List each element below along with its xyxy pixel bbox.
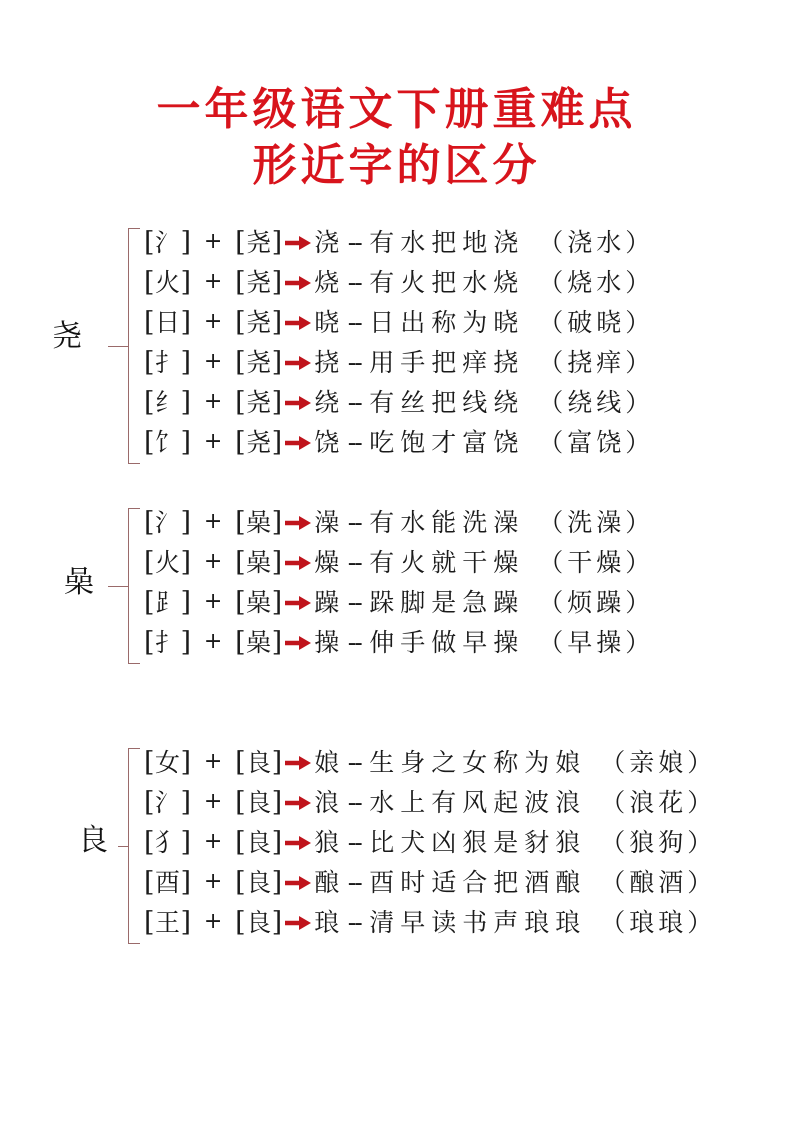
base-component: 良 [246, 910, 272, 935]
example-word: （狼狗） [600, 830, 716, 855]
arrow-right-icon [284, 833, 312, 853]
bracket-right: ] [272, 789, 283, 816]
bracket-right: ] [272, 829, 283, 856]
dash: -- [339, 830, 369, 855]
result-character: 澡 [314, 510, 339, 535]
dash: -- [339, 350, 369, 375]
arrow-right-icon [284, 753, 312, 773]
character-row: [犭]+[良]狼--比犬凶狠是豺狼（狼狗） [144, 822, 716, 862]
example-word: （早操） [538, 630, 654, 655]
bracket-right: ] [272, 269, 283, 296]
radical: 犭 [155, 830, 181, 855]
dash: -- [339, 510, 369, 535]
bracket-right: ] [272, 589, 283, 616]
bracket-right: ] [181, 349, 192, 376]
mnemonic-phrase: 吃饱才富饶 [369, 430, 524, 455]
bracket-right: ] [272, 509, 283, 536]
result-character: 娘 [314, 750, 339, 775]
bracket-right: ] [181, 589, 192, 616]
bracket-left: [ [144, 629, 155, 656]
bracket-left: [ [235, 429, 246, 456]
plus-sign: + [191, 591, 235, 613]
mnemonic-phrase: 有火就干燥 [369, 550, 524, 575]
radical: ⻊ [155, 590, 181, 615]
mnemonic-phrase: 生身之女称为娘 [369, 750, 586, 775]
bracket-left: [ [235, 869, 246, 896]
arrow-right-icon [284, 313, 312, 333]
bracket-right: ] [272, 229, 283, 256]
arrow-right-icon [284, 353, 312, 373]
mnemonic-phrase: 有丝把线绕 [369, 390, 524, 415]
bracket-right: ] [181, 909, 192, 936]
dash: -- [339, 870, 369, 895]
dash: -- [339, 750, 369, 775]
curly-brace [128, 228, 129, 464]
bracket-left: [ [235, 229, 246, 256]
plus-sign: + [191, 391, 235, 413]
bracket-right: ] [272, 749, 283, 776]
result-character: 挠 [314, 350, 339, 375]
dash: -- [339, 590, 369, 615]
character-row: [饣]+[尧]饶--吃饱才富饶（富饶） [144, 422, 654, 462]
radical: 氵 [155, 510, 181, 535]
arrow-right-icon [284, 393, 312, 413]
bracket-left: [ [144, 349, 155, 376]
bracket-left: [ [144, 589, 155, 616]
bracket-left: [ [144, 229, 155, 256]
dash: -- [339, 790, 369, 815]
arrow-right-icon [284, 433, 312, 453]
bracket-right: ] [181, 789, 192, 816]
mnemonic-phrase: 伸手做早操 [369, 630, 524, 655]
example-word: （干燥） [538, 550, 654, 575]
mnemonic-phrase: 有火把水烧 [369, 270, 524, 295]
bracket-left: [ [235, 749, 246, 776]
bracket-left: [ [144, 429, 155, 456]
page-subtitle: 形近字的区分 [0, 144, 793, 188]
base-component: 良 [246, 870, 272, 895]
arrow-right-icon [284, 233, 312, 253]
plus-sign: + [191, 231, 235, 253]
character-row: [纟]+[尧]绕--有丝把线绕（绕线） [144, 382, 654, 422]
plus-sign: + [191, 751, 235, 773]
root-character: 尧 [52, 322, 82, 352]
radical: 扌 [155, 350, 181, 375]
result-character: 晓 [314, 310, 339, 335]
bracket-right: ] [272, 549, 283, 576]
bracket-left: [ [235, 829, 246, 856]
base-component: 尧 [246, 350, 272, 375]
base-component: 喿 [246, 550, 272, 575]
mnemonic-phrase: 日出称为晓 [369, 310, 524, 335]
curly-brace [128, 508, 129, 664]
base-component: 喿 [246, 510, 272, 535]
mnemonic-phrase: 跺脚是急躁 [369, 590, 524, 615]
example-word: （浪花） [600, 790, 716, 815]
base-component: 尧 [246, 230, 272, 255]
arrow-right-icon [284, 793, 312, 813]
bracket-left: [ [144, 829, 155, 856]
character-row: [氵]+[尧]浇--有水把地浇（浇水） [144, 222, 654, 262]
result-character: 操 [314, 630, 339, 655]
example-word: （亲娘） [600, 750, 716, 775]
result-character: 琅 [314, 910, 339, 935]
character-row: [氵]+[良]浪--水上有风起波浪（浪花） [144, 782, 716, 822]
bracket-right: ] [272, 909, 283, 936]
bracket-right: ] [181, 869, 192, 896]
character-row: [女]+[良]娘--生身之女称为娘（亲娘） [144, 742, 716, 782]
radical: 扌 [155, 630, 181, 655]
result-character: 浇 [314, 230, 339, 255]
mnemonic-phrase: 有水能洗澡 [369, 510, 524, 535]
result-character: 燥 [314, 550, 339, 575]
character-row: [火]+[喿]燥--有火就干燥（干燥） [144, 542, 654, 582]
bracket-right: ] [272, 389, 283, 416]
plus-sign: + [191, 351, 235, 373]
bracket-left: [ [235, 269, 246, 296]
base-component: 尧 [246, 270, 272, 295]
base-component: 良 [246, 790, 272, 815]
plus-sign: + [191, 271, 235, 293]
bracket-right: ] [181, 389, 192, 416]
arrow-right-icon [284, 593, 312, 613]
bracket-right: ] [181, 749, 192, 776]
brace-pointer [108, 586, 128, 587]
example-word: （富饶） [538, 430, 654, 455]
bracket-left: [ [144, 869, 155, 896]
example-word: （烦躁） [538, 590, 654, 615]
character-row: [火]+[尧]烧--有火把水烧（烧水） [144, 262, 654, 302]
bracket-left: [ [144, 309, 155, 336]
base-component: 尧 [246, 390, 272, 415]
result-character: 躁 [314, 590, 339, 615]
curly-brace [128, 748, 129, 944]
bracket-left: [ [235, 909, 246, 936]
base-component: 良 [246, 830, 272, 855]
character-row: [氵]+[喿]澡--有水能洗澡（洗澡） [144, 502, 654, 542]
radical: 酉 [155, 870, 181, 895]
root-character: 喿 [64, 568, 94, 598]
bracket-right: ] [272, 629, 283, 656]
character-row: [⻊]+[喿]躁--跺脚是急躁（烦躁） [144, 582, 654, 622]
arrow-right-icon [284, 273, 312, 293]
plus-sign: + [191, 911, 235, 933]
character-row: [王]+[良]琅--清早读书声琅琅（琅琅） [144, 902, 716, 942]
dash: -- [339, 390, 369, 415]
example-word: （浇水） [538, 230, 654, 255]
bracket-right: ] [181, 309, 192, 336]
plus-sign: + [191, 831, 235, 853]
bracket-left: [ [144, 749, 155, 776]
radical: 火 [155, 270, 181, 295]
radical: 氵 [155, 790, 181, 815]
example-word: （烧水） [538, 270, 654, 295]
bracket-left: [ [235, 549, 246, 576]
dash: -- [339, 550, 369, 575]
bracket-right: ] [272, 869, 283, 896]
example-word: （绕线） [538, 390, 654, 415]
result-character: 狼 [314, 830, 339, 855]
bracket-right: ] [181, 229, 192, 256]
bracket-left: [ [144, 549, 155, 576]
dash: -- [339, 630, 369, 655]
example-word: （琅琅） [600, 910, 716, 935]
bracket-right: ] [181, 629, 192, 656]
bracket-left: [ [235, 309, 246, 336]
arrow-right-icon [284, 913, 312, 933]
example-word: （破晓） [538, 310, 654, 335]
page-title: 一年级语文下册重难点 [0, 88, 793, 132]
character-row: [酉]+[良]酿--酉时适合把酒酿（酿酒） [144, 862, 716, 902]
mnemonic-phrase: 比犬凶狠是豺狼 [369, 830, 586, 855]
arrow-right-icon [284, 873, 312, 893]
result-character: 浪 [314, 790, 339, 815]
result-character: 酿 [314, 870, 339, 895]
dash: -- [339, 270, 369, 295]
bracket-left: [ [144, 269, 155, 296]
root-character: 良 [78, 826, 108, 856]
bracket-right: ] [272, 349, 283, 376]
bracket-left: [ [144, 509, 155, 536]
dash: -- [339, 230, 369, 255]
plus-sign: + [191, 431, 235, 453]
base-component: 喿 [246, 630, 272, 655]
bracket-left: [ [235, 589, 246, 616]
character-row: [扌]+[尧]挠--用手把痒挠（挠痒） [144, 342, 654, 382]
plus-sign: + [191, 511, 235, 533]
mnemonic-phrase: 水上有风起波浪 [369, 790, 586, 815]
radical: 氵 [155, 230, 181, 255]
brace-pointer [108, 346, 128, 347]
arrow-right-icon [284, 633, 312, 653]
arrow-right-icon [284, 513, 312, 533]
base-component: 良 [246, 750, 272, 775]
example-word: （洗澡） [538, 510, 654, 535]
bracket-right: ] [181, 549, 192, 576]
bracket-left: [ [235, 509, 246, 536]
radical: 火 [155, 550, 181, 575]
bracket-right: ] [181, 829, 192, 856]
mnemonic-phrase: 用手把痒挠 [369, 350, 524, 375]
bracket-right: ] [181, 269, 192, 296]
radical: 纟 [155, 390, 181, 415]
bracket-left: [ [144, 389, 155, 416]
radical: 饣 [155, 430, 181, 455]
bracket-right: ] [272, 309, 283, 336]
plus-sign: + [191, 871, 235, 893]
bracket-left: [ [235, 349, 246, 376]
example-word: （酿酒） [600, 870, 716, 895]
dash: -- [339, 910, 369, 935]
radical: 日 [155, 310, 181, 335]
plus-sign: + [191, 311, 235, 333]
mnemonic-phrase: 酉时适合把酒酿 [369, 870, 586, 895]
result-character: 绕 [314, 390, 339, 415]
arrow-right-icon [284, 553, 312, 573]
mnemonic-phrase: 有水把地浇 [369, 230, 524, 255]
mnemonic-phrase: 清早读书声琅琅 [369, 910, 586, 935]
plus-sign: + [191, 631, 235, 653]
bracket-left: [ [144, 789, 155, 816]
dash: -- [339, 430, 369, 455]
character-row: [日]+[尧]晓--日出称为晓（破晓） [144, 302, 654, 342]
plus-sign: + [191, 791, 235, 813]
bracket-left: [ [144, 909, 155, 936]
base-component: 喿 [246, 590, 272, 615]
result-character: 饶 [314, 430, 339, 455]
plus-sign: + [191, 551, 235, 573]
bracket-right: ] [272, 429, 283, 456]
base-component: 尧 [246, 430, 272, 455]
radical: 女 [155, 750, 181, 775]
result-character: 烧 [314, 270, 339, 295]
brace-pointer [118, 846, 128, 847]
radical: 王 [155, 910, 181, 935]
base-component: 尧 [246, 310, 272, 335]
character-row: [扌]+[喿]操--伸手做早操（早操） [144, 622, 654, 662]
bracket-left: [ [235, 789, 246, 816]
bracket-left: [ [235, 629, 246, 656]
dash: -- [339, 310, 369, 335]
bracket-left: [ [235, 389, 246, 416]
bracket-right: ] [181, 429, 192, 456]
bracket-right: ] [181, 509, 192, 536]
example-word: （挠痒） [538, 350, 654, 375]
